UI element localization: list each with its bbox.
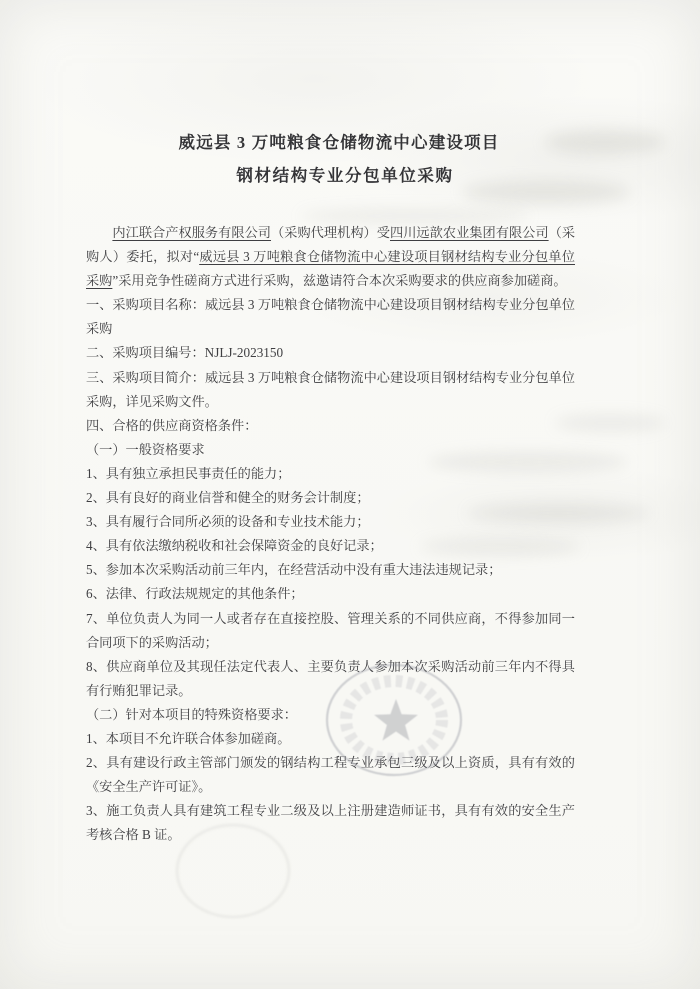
general-item-8: 8、供应商单位及其现任法定代表人、主要负责人参加本次采购活动前三年内不得具有行贿… [86, 655, 575, 703]
section-project-number: 二、采购项目编号：NJLJ-2023150 [86, 341, 575, 365]
section-qualification-header: 四、合格的供应商资格条件： [86, 414, 575, 438]
special-item-1: 1、本项目不允许联合体参加磋商。 [86, 727, 575, 751]
special-item-3: 3、施工负责人具有建筑工程专业二级及以上注册建造师证书，具有有效的安全生产考核合… [86, 799, 575, 847]
agency-role: （采购代理机构）受 [271, 225, 390, 240]
intro-paragraph: 内江联合产权服务有限公司（采购代理机构）受四川远歆农业集团有限公司（采购人）委托… [86, 221, 575, 293]
document-title-line2: 钢材结构专业分包单位采购 [0, 162, 700, 186]
section-project-brief: 三、采购项目简介：威远县 3 万吨粮食仓储物流中心建设项目钢材结构专业分包单位采… [86, 366, 575, 414]
general-item-7: 7、单位负责人为同一人或者存在直接控股、管理关系的不同供应商，不得参加同一合同项… [86, 607, 575, 655]
intro-closing: ”采用竞争性磋商方式进行采购，兹邀请符合本次采购要求的供应商参加磋商。 [112, 273, 566, 288]
document-page: 威远县 3 万吨粮食仓储物流中心建设项目 钢材结构专业分包单位采购 内江联合产权… [0, 0, 700, 989]
buyer-name: 四川远歆农业集团有限公司 [390, 225, 549, 240]
document-body: 内江联合产权服务有限公司（采购代理机构）受四川远歆农业集团有限公司（采购人）委托… [86, 221, 575, 847]
general-item-2: 2、具有良好的商业信誉和健全的财务会计制度； [86, 486, 575, 510]
general-item-1: 1、具有独立承担民事责任的能力； [86, 462, 575, 486]
special-requirements-header: （二）针对本项目的特殊资格要求： [86, 703, 575, 727]
agency-name: 内江联合产权服务有限公司 [112, 225, 271, 240]
general-item-5: 5、参加本次采购活动前三年内，在经营活动中没有重大违法违规记录； [86, 558, 575, 582]
section-project-name: 一、采购项目名称：威远县 3 万吨粮食仓储物流中心建设项目钢材结构专业分包单位采… [86, 293, 575, 341]
general-requirements-header: （一）一般资格要求 [86, 438, 575, 462]
general-item-3: 3、具有履行合同所必须的设备和专业技术能力； [86, 510, 575, 534]
document-title-line1: 威远县 3 万吨粮食仓储物流中心建设项目 [0, 129, 700, 153]
general-item-6: 6、法律、行政法规规定的其他条件； [86, 582, 575, 606]
general-item-4: 4、具有依法缴纳税收和社会保障资金的良好记录； [86, 534, 575, 558]
special-item-2: 2、具有建设行政主管部门颁发的钢结构工程专业承包三级及以上资质，具有有效的《安全… [86, 751, 575, 799]
